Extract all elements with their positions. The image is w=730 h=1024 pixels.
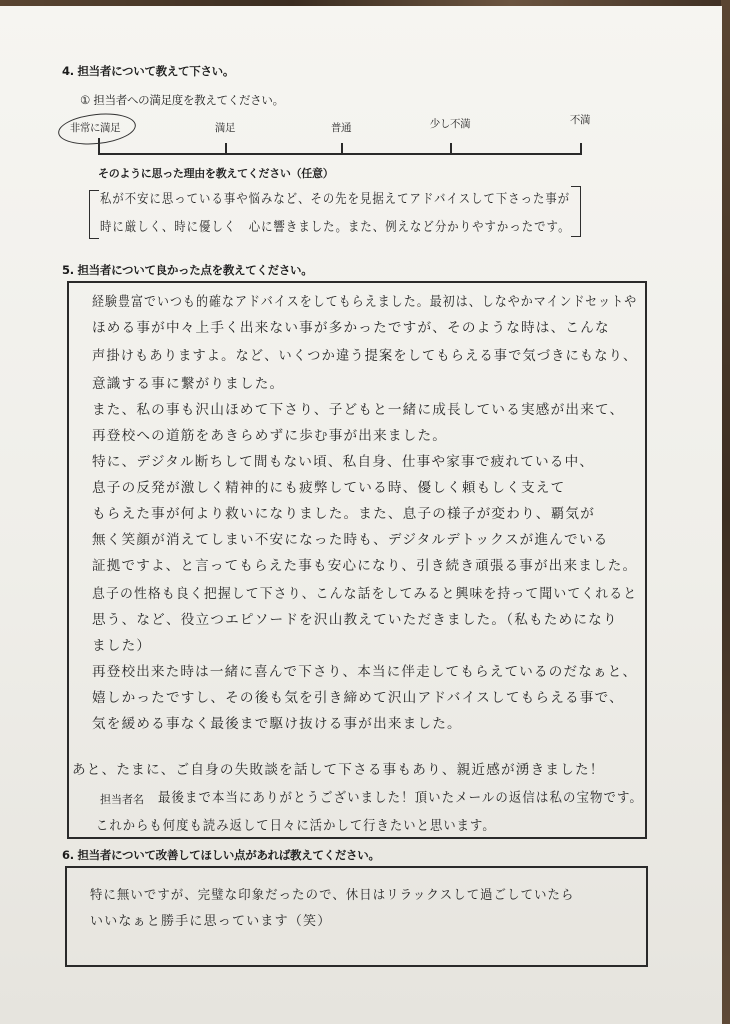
scale-tick (450, 143, 452, 155)
staff-message-line-2: これからも何度も読み返して日々に活かして行きたいと思います。 (96, 814, 496, 834)
good-points-line: 気を緩める事なく最後まで駆け抜ける事が出来ました。 (92, 712, 462, 732)
scale-option-3[interactable]: 少し不満 (430, 116, 470, 131)
wood-background-right (721, 0, 730, 1024)
satisfaction-question: ① 担当者への満足度を教えてください。 (80, 92, 284, 108)
good-points-line: 息子の反発が激しく精神的にも疲弊している時、優しく頼もしく支えて (92, 476, 565, 496)
scale-tick (225, 143, 227, 155)
good-points-line: ほめる事が中々上手く出来ない事が多かったですが、そのような時は、こんな (92, 316, 610, 336)
good-points-line: 証拠ですよ、と言ってもらえた事も安心になり、引き続き頑張る事が出来ました。 (92, 554, 637, 574)
scale-tick (580, 143, 582, 155)
good-points-line: 無く笑顔が消えてしまい不安になった時も、デジタルデトックスが進んでいる (92, 528, 608, 548)
section4-heading: 4. 担当者について教えて下さい。 (62, 63, 234, 79)
good-points-line: 再登校出来た時は一緒に喜んで下さり、本当に伴走してもらえているのだなぁと、 (92, 660, 637, 680)
good-points-line: ました） (92, 634, 151, 654)
good-points-line: もらえた事が何より救いになりました。また、息子の様子が変わり、覇気が (92, 502, 595, 522)
improvement-line-1: 特に無いですが、完璧な印象だったので、休日はリラックスして過ごしていたら (90, 884, 575, 903)
left-bracket (89, 190, 99, 239)
good-points-line: 経験豊富でいつも的確なアドバイスをしてもらえました。最初は、しなやかマインドセッ… (92, 290, 637, 310)
section6-heading: 6. 担当者について改善してほしい点があれば教えてください。 (62, 847, 380, 863)
staff-message-line-1: 最後まで本当にありがとうございました！頂いたメールの返信は私の宝物です。 (158, 786, 643, 806)
good-points-line: あと、たまに、ご自身の失敗談を話して下さる事もあり、親近感が湧きました！ (72, 758, 605, 778)
good-points-line: 思う、など、役立つエピソードを沢山教えていただきました。（私もためになり (92, 608, 618, 628)
scale-baseline (98, 153, 581, 155)
good-points-line: 息子の性格も良く把握して下さり、こんな話をしてみると興味を持って聞いてくれると (92, 582, 637, 602)
scale-option-4[interactable]: 不満 (570, 112, 590, 127)
scale-option-1[interactable]: 満足 (215, 120, 235, 135)
section5-heading: 5. 担当者について良かった点を教えてください。 (62, 262, 312, 278)
good-points-line: 嬉しかったですし、その後も気を引き締めて沢山アドバイスしてもらえる事で、 (92, 686, 624, 706)
reason-line-1: 私が不安に思っている事や悩みなど、その先を見据えてアドバイスして下さった事が (100, 188, 570, 207)
right-bracket (571, 186, 581, 237)
scale-tick (341, 143, 343, 155)
staff-name-label: 担当者名 (100, 791, 144, 807)
good-points-line: 特に、デジタル断ちして間もない頃、私自身、仕事や家事で疲れている中、 (92, 450, 594, 470)
reason-label: そのように思った理由を教えてください（任意） (98, 165, 333, 181)
reason-line-2: 時に厳しく、時に優しく 心に響きました。また、例えなど分かりやすかったです。 (100, 216, 570, 235)
improvement-line-2: いいなぁと勝手に思っています（笑） (90, 910, 331, 929)
good-points-line: 再登校への道筋をあきらめずに歩む事が出来ました。 (92, 424, 447, 444)
good-points-line: 意識する事に繋がりました。 (92, 372, 284, 392)
good-points-line: 声掛けもありますよ。など、いくつか違う提案をしてもらえる事で気づきにもなり、 (92, 344, 637, 364)
good-points-line: また、私の事も沢山ほめて下さり、子どもと一緒に成長している実感が出来て、 (92, 398, 624, 418)
scale-option-2[interactable]: 普通 (331, 120, 351, 135)
